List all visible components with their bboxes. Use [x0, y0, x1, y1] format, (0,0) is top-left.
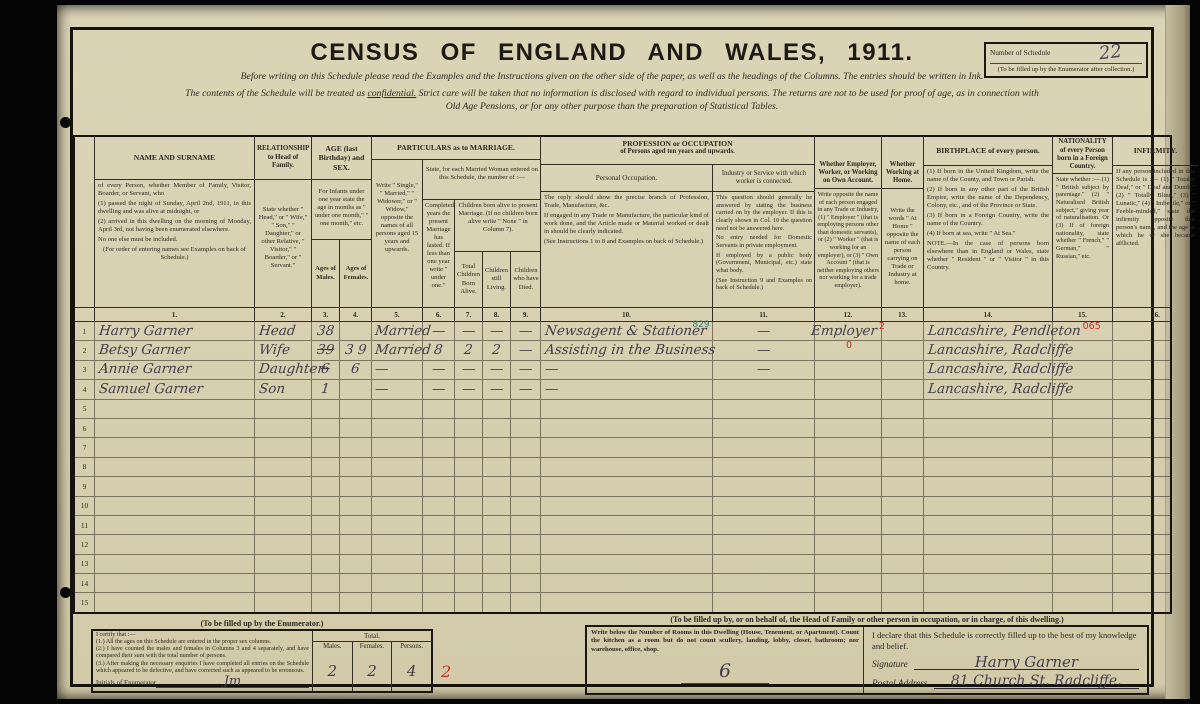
cell-infirmity	[1113, 593, 1198, 611]
postal-address-value: 81 Church St. Radcliffe.	[934, 675, 1139, 689]
cell-birthplace	[924, 458, 1053, 476]
cell-age-females	[340, 555, 372, 573]
relationship-desc: State whether " Head," or " Wife," " Son…	[255, 180, 311, 272]
cell-children-died	[511, 593, 541, 611]
persons-value: 4	[392, 651, 431, 691]
cell-infirmity	[1113, 555, 1198, 573]
cell-name	[95, 574, 255, 592]
cell-age-males	[312, 555, 340, 573]
cell-occupation: —	[541, 380, 713, 398]
census-form-paper: Number of Schedule 22 (To be filled up b…	[57, 5, 1190, 699]
cell-children-died: —	[511, 341, 541, 359]
cell-age-females	[340, 593, 372, 611]
col-number-2: 2.	[255, 308, 312, 321]
cell-marriage	[372, 438, 423, 456]
occupation-desc2: If engaged in any Trade or Manufacture, …	[544, 212, 709, 236]
cell-children-died	[511, 400, 541, 418]
cell-children-born	[455, 574, 483, 592]
cell-employer-status	[815, 477, 882, 495]
cell-occupation: —	[541, 361, 713, 379]
cell-children-died	[511, 419, 541, 437]
column-employer-header: Whether Employer, Worker, or Working on …	[815, 137, 882, 307]
row-number: 10	[75, 497, 95, 515]
cell-marriage-years: —	[423, 380, 455, 398]
col-number-12: 12.	[815, 308, 882, 321]
cell-infirmity	[1113, 322, 1198, 340]
marriage-title: PARTICULARS as to MARRIAGE.	[372, 137, 540, 160]
cell-employer-status: Employer2	[815, 322, 882, 340]
cell-nationality	[1053, 516, 1113, 534]
cell-infirmity	[1113, 400, 1198, 418]
cell-name	[95, 535, 255, 553]
cell-relationship: Daughter	[255, 361, 312, 379]
cell-name	[95, 419, 255, 437]
cell-relationship: Head	[255, 322, 312, 340]
cell-marriage-years	[423, 535, 455, 553]
cell-nationality	[1053, 555, 1113, 573]
cell-age-males	[312, 458, 340, 476]
cell-employer-status	[815, 400, 882, 418]
cell-employer-status	[815, 438, 882, 456]
cell-nationality	[1053, 438, 1113, 456]
cell-nationality	[1053, 593, 1113, 611]
certify-intro: I certify that :—	[96, 632, 309, 639]
enumerator-heading: (To be filled up by the Enumerator.)	[91, 619, 433, 628]
cell-children-living	[483, 400, 511, 418]
col-number-11: 11.	[713, 308, 815, 321]
cell-working-at-home	[882, 497, 924, 515]
cell-children-born	[455, 438, 483, 456]
col-number-9: 9.	[511, 308, 541, 321]
cell-industry: —	[713, 361, 815, 379]
confidential-rest: Strict care will be taken that no inform…	[416, 88, 1039, 112]
column-birthplace-header: BIRTHPLACE of every person. (1) If born …	[924, 137, 1053, 307]
name-desc-intro: of every Person, whether Member of Famil…	[98, 182, 251, 198]
cell-occupation	[541, 593, 713, 611]
employer-title: Whether Employer, Worker, or Working on …	[815, 137, 881, 189]
col-number-7: 7.	[455, 308, 483, 321]
col-number-4: 4.	[340, 308, 372, 321]
form-border-frame: Number of Schedule 22 (To be filled up b…	[70, 27, 1154, 687]
instruction-line: Before writing on this Schedule please r…	[168, 70, 1056, 83]
personal-occupation-header: Personal Occupation.	[541, 165, 712, 192]
cell-industry	[713, 458, 815, 476]
cell-age-females	[340, 400, 372, 418]
table-row: 10	[75, 497, 1170, 516]
cell-relationship	[255, 400, 312, 418]
employer-desc: Write opposite the name of each person e…	[815, 189, 881, 291]
profession-title: PROFESSION or OCCUPATION	[543, 139, 812, 148]
cell-working-at-home	[882, 477, 924, 495]
cell-age-males	[312, 477, 340, 495]
cell-industry	[713, 419, 815, 437]
cell-marriage	[372, 535, 423, 553]
cell-birthplace	[924, 419, 1053, 437]
cell-relationship	[255, 497, 312, 515]
cell-industry	[713, 574, 815, 592]
cell-birthplace	[924, 400, 1053, 418]
table-row: 11	[75, 516, 1170, 535]
nationality-title: NATIONALITY of every Person born in a Fo…	[1053, 137, 1112, 174]
cell-name: Betsy Garner	[95, 341, 255, 359]
row-number: 3	[75, 361, 95, 379]
table-row: 7	[75, 438, 1170, 457]
cell-nationality	[1053, 574, 1113, 592]
cell-children-living	[483, 497, 511, 515]
cell-occupation: Newsagent & Stationer829	[541, 322, 713, 340]
cell-birthplace	[924, 574, 1053, 592]
col-number-10: 10.	[541, 308, 713, 321]
cell-age-females	[340, 477, 372, 495]
cell-occupation	[541, 438, 713, 456]
cell-children-born	[455, 593, 483, 611]
cell-marriage-years: —	[423, 361, 455, 379]
industry-desc4: (See Instruction 9 and Examples on back …	[716, 277, 812, 292]
cell-children-died	[511, 477, 541, 495]
ages-of-females-header: Ages of Females.	[340, 240, 372, 307]
number-strip-blank	[75, 308, 95, 321]
cell-relationship	[255, 516, 312, 534]
table-header: NAME AND SURNAME of every Person, whethe…	[75, 137, 1170, 307]
cell-industry: —	[713, 322, 815, 340]
cell-marriage	[372, 516, 423, 534]
cell-relationship	[255, 535, 312, 553]
column-nationality-header: NATIONALITY of every Person born in a Fo…	[1053, 137, 1113, 307]
cell-occupation	[541, 458, 713, 476]
cell-children-died	[511, 574, 541, 592]
birthplace-desc3: (3) If born in a Foreign Country, write …	[927, 212, 1049, 228]
cell-relationship: Son	[255, 380, 312, 398]
cell-employer-status	[815, 419, 882, 437]
cell-children-died	[511, 438, 541, 456]
cell-working-at-home	[882, 380, 924, 398]
cell-infirmity	[1113, 477, 1198, 495]
relationship-title: RELATIONSHIP to Head of Family.	[255, 137, 311, 180]
name-desc-item2: (2) arrived in this dwelling on the morn…	[98, 218, 251, 234]
rooms-instruction: Write below the Number of Rooms in this …	[591, 629, 859, 654]
cell-age-males	[312, 400, 340, 418]
cell-birthplace	[924, 477, 1053, 495]
cell-nationality	[1053, 535, 1113, 553]
cell-infirmity	[1113, 497, 1198, 515]
row-number: 4	[75, 380, 95, 398]
schedule-number-line: Number of Schedule 22	[990, 48, 1142, 64]
cell-employer-status: 0	[815, 341, 882, 359]
cell-age-males	[312, 516, 340, 534]
cell-children-born	[455, 400, 483, 418]
industry-desc3: If employed by a public body (Government…	[716, 252, 812, 275]
birthplace-note: NOTE.—In the case of persons born elsewh…	[927, 240, 1049, 272]
certify-item-3: (3.) After making the necessary enquirie…	[96, 661, 309, 675]
declaration-area: I declare that this Schedule is correctl…	[864, 627, 1147, 693]
form-header: Number of Schedule 22 (To be filled up b…	[73, 39, 1151, 135]
table-row: 12	[75, 535, 1170, 554]
industry-desc2: No entry needed for Domestic Servants in…	[716, 234, 812, 249]
cell-children-born: —	[455, 361, 483, 379]
cell-infirmity	[1113, 458, 1198, 476]
cell-name	[95, 400, 255, 418]
cell-children-living	[483, 516, 511, 534]
column-relationship-header: RELATIONSHIP to Head of Family. State wh…	[255, 137, 312, 307]
declaration-box: Write below the Number of Rooms in this …	[585, 625, 1149, 695]
cell-marriage-years	[423, 555, 455, 573]
column-number-strip: 1. 2. 3. 4. 5. 6. 7. 8. 9. 10. 11. 12. 1…	[75, 307, 1170, 322]
cell-children-born: —	[455, 322, 483, 340]
cell-occupation	[541, 574, 713, 592]
cell-nationality	[1053, 477, 1113, 495]
cell-age-males	[312, 438, 340, 456]
col-number-15: 15.	[1053, 308, 1113, 321]
table-row: 13	[75, 555, 1170, 574]
cell-name	[95, 593, 255, 611]
col-number-6: 6.	[423, 308, 455, 321]
table-row: 3Annie GarnerDaughter66———————Lancashire…	[75, 361, 1170, 380]
cell-marriage-years	[423, 438, 455, 456]
cell-occupation	[541, 555, 713, 573]
cell-marriage	[372, 477, 423, 495]
cell-nationality	[1053, 419, 1113, 437]
cell-name	[95, 497, 255, 515]
cell-relationship	[255, 458, 312, 476]
cell-children-living	[483, 574, 511, 592]
name-title: NAME AND SURNAME	[95, 137, 254, 180]
persons-label: Persons.	[392, 642, 431, 651]
children-died-header: Children who have Died.	[511, 252, 541, 307]
cell-employer-status	[815, 380, 882, 398]
cell-birthplace: Lancashire, Pendleton065	[924, 322, 1053, 340]
table-row: 2Betsy GarnerWife393 9Married822—Assisti…	[75, 341, 1170, 360]
cell-name: Harry Garner	[95, 322, 255, 340]
cell-children-living: —	[483, 361, 511, 379]
column-at-home-header: Whether Working at Home. Write the words…	[882, 137, 924, 307]
table-row: 1Harry GarnerHead38Married————Newsagent …	[75, 322, 1170, 341]
cell-children-died: —	[511, 322, 541, 340]
cell-nationality	[1053, 458, 1113, 476]
cell-birthplace	[924, 516, 1053, 534]
cell-marriage-years	[423, 574, 455, 592]
table-row: 15	[75, 593, 1170, 611]
age-title: AGE (last Birthday) and SEX.	[312, 137, 371, 180]
cell-working-at-home	[882, 574, 924, 592]
cell-age-females	[340, 516, 372, 534]
cell-employer-status	[815, 535, 882, 553]
cell-age-males	[312, 497, 340, 515]
cell-children-living: 2	[483, 341, 511, 359]
marriage-status-desc: Write " Single," " Married," " Widower,"…	[372, 160, 423, 307]
cell-infirmity	[1113, 380, 1198, 398]
infirmity-title: INFIRMITY.	[1113, 137, 1198, 166]
cell-children-living: —	[483, 380, 511, 398]
cell-name: Samuel Garner	[95, 380, 255, 398]
children-living-header: Children still Living.	[483, 252, 511, 307]
schedule-number-label: Number of Schedule	[990, 48, 1050, 57]
row-number: 13	[75, 555, 95, 573]
industry-desc1: This question should generally be answer…	[716, 194, 812, 232]
males-value: 2	[313, 651, 352, 691]
cell-infirmity	[1113, 516, 1198, 534]
cell-birthplace	[924, 555, 1053, 573]
row-number: 11	[75, 516, 95, 534]
cell-name	[95, 458, 255, 476]
cell-employer-status	[815, 516, 882, 534]
table-body: 1Harry GarnerHead38Married————Newsagent …	[75, 322, 1170, 612]
column-age-group-header: AGE (last Birthday) and SEX. For Infants…	[312, 137, 372, 307]
cell-industry	[713, 380, 815, 398]
cell-birthplace	[924, 438, 1053, 456]
cell-marriage	[372, 497, 423, 515]
cell-name	[95, 438, 255, 456]
cell-age-females	[340, 322, 372, 340]
cell-occupation: Assisting in the Business	[541, 341, 713, 359]
cell-working-at-home	[882, 361, 924, 379]
column-marriage-group-header: PARTICULARS as to MARRIAGE. Write " Sing…	[372, 137, 541, 307]
cell-age-females	[340, 380, 372, 398]
married-woman-note: State, for each Married Woman entered on…	[423, 160, 541, 200]
cell-children-living	[483, 535, 511, 553]
birthplace-desc4: (4) If born at sea, write " At Sea."	[927, 230, 1049, 238]
cell-employer-status	[815, 593, 882, 611]
col-number-8: 8.	[483, 308, 511, 321]
cell-birthplace: Lancashire, Radcliffe	[924, 341, 1053, 359]
cell-working-at-home	[882, 516, 924, 534]
table-row: 5	[75, 400, 1170, 419]
birthplace-desc2: (2) If born in any other part of the Bri…	[927, 186, 1049, 210]
cell-relationship	[255, 438, 312, 456]
cell-occupation	[541, 516, 713, 534]
enumerator-section: (To be filled up by the Enumerator.) I c…	[91, 619, 433, 693]
confidential-word: confidential.	[367, 88, 416, 99]
cell-name	[95, 516, 255, 534]
cell-working-at-home	[882, 438, 924, 456]
children-born-note: Children born alive to present Marriage.…	[455, 200, 541, 252]
cell-industry	[713, 477, 815, 495]
initials-value: Jm	[156, 676, 309, 688]
cell-name	[95, 555, 255, 573]
cell-infirmity	[1113, 341, 1198, 359]
schedule-number-box: Number of Schedule 22 (To be filled up b…	[984, 42, 1148, 78]
profession-subtitle: of Persons aged ten years and upwards.	[543, 148, 812, 156]
cell-age-males	[312, 419, 340, 437]
cell-infirmity	[1113, 419, 1198, 437]
cell-age-males: 39	[312, 341, 340, 359]
cell-age-females: 3 9	[340, 341, 372, 359]
persons-total-column: Persons. 4	[392, 642, 431, 691]
cell-working-at-home	[882, 400, 924, 418]
cell-age-males	[312, 535, 340, 553]
cell-children-living	[483, 477, 511, 495]
census-table: NAME AND SURNAME of every Person, whethe…	[73, 135, 1172, 614]
cell-marriage	[372, 400, 423, 418]
confidential-prefix: The contents of the Schedule will be tre…	[185, 88, 367, 99]
cell-nationality	[1053, 400, 1113, 418]
cell-marriage-years	[423, 458, 455, 476]
cell-children-died: —	[511, 380, 541, 398]
cell-occupation	[541, 535, 713, 553]
cell-children-born	[455, 535, 483, 553]
initials-label: Initials of Enumerator	[96, 680, 156, 688]
rooms-value: 6	[681, 660, 769, 684]
cell-relationship	[255, 419, 312, 437]
table-row: 9	[75, 477, 1170, 496]
cell-age-males: 1	[312, 380, 340, 398]
females-label: Females.	[353, 642, 392, 651]
marriage-years-desc: Completed years the present Marriage has…	[423, 200, 455, 307]
cell-age-females	[340, 438, 372, 456]
row-number: 14	[75, 574, 95, 592]
cell-working-at-home	[882, 593, 924, 611]
cell-children-born	[455, 516, 483, 534]
cell-children-born	[455, 555, 483, 573]
signature-value: Harry Garner	[914, 656, 1139, 670]
cell-employer-status	[815, 497, 882, 515]
postal-address-label: Postal Address	[872, 679, 934, 689]
cell-nationality	[1053, 497, 1113, 515]
col-number-14: 14.	[924, 308, 1053, 321]
cell-children-living	[483, 458, 511, 476]
cell-name: Annie Garner	[95, 361, 255, 379]
cell-infirmity	[1113, 438, 1198, 456]
cell-age-females	[340, 497, 372, 515]
name-desc-note1: No one else must be included.	[98, 236, 251, 244]
cell-relationship: Wife	[255, 341, 312, 359]
householder-heading: (To be filled up by, or on behalf of, th…	[585, 615, 1149, 624]
cell-birthplace	[924, 535, 1053, 553]
enumerator-box: I certify that :— (1.) All the ages on t…	[91, 629, 433, 693]
cell-children-died	[511, 497, 541, 515]
cell-working-at-home	[882, 555, 924, 573]
row-number: 12	[75, 535, 95, 553]
females-value: 2	[353, 651, 392, 691]
cell-working-at-home	[882, 419, 924, 437]
cell-infirmity	[1113, 361, 1198, 379]
cell-marriage: Married	[372, 322, 423, 340]
at-home-title: Whether Working at Home.	[882, 137, 923, 189]
age-infants-note: For Infants under one year state the age…	[312, 180, 371, 240]
occupation-desc3: (See Instructions 1 to 8 and Examples on…	[544, 238, 709, 246]
declaration-text: I declare that this Schedule is correctl…	[872, 630, 1139, 651]
cell-marriage: —	[372, 380, 423, 398]
cell-employer-status	[815, 555, 882, 573]
cell-marriage-years	[423, 497, 455, 515]
cell-marriage-years	[423, 593, 455, 611]
cell-children-born	[455, 497, 483, 515]
rooms-box: Write below the Number of Rooms in this …	[587, 627, 864, 693]
cell-relationship	[255, 555, 312, 573]
males-label: Males.	[313, 642, 352, 651]
row-number: 2	[75, 341, 95, 359]
cell-marriage-years	[423, 477, 455, 495]
row-number: 7	[75, 438, 95, 456]
birthplace-desc1: (1) If born in the United Kingdom, write…	[927, 168, 1049, 184]
col-number-13: 13.	[882, 308, 924, 321]
cell-infirmity	[1113, 535, 1198, 553]
cell-children-died	[511, 458, 541, 476]
signature-label: Signature	[872, 660, 914, 670]
cell-children-died	[511, 516, 541, 534]
cell-industry	[713, 535, 815, 553]
bottom-section: (To be filled up by the Enumerator.) I c…	[73, 614, 1151, 700]
ages-of-males-header: Ages of Males.	[312, 240, 340, 307]
cell-birthplace	[924, 593, 1053, 611]
cell-marriage	[372, 555, 423, 573]
table-row: 8	[75, 458, 1170, 477]
cell-children-died: —	[511, 361, 541, 379]
name-desc-item1: (1) passed the night of Sunday, April 2n…	[98, 200, 251, 216]
cell-industry: —	[713, 341, 815, 359]
cell-occupation	[541, 477, 713, 495]
screenshot-stage: Number of Schedule 22 (To be filled up b…	[0, 0, 1200, 704]
at-home-desc: Write the words " At Home " opposite the…	[882, 189, 923, 289]
